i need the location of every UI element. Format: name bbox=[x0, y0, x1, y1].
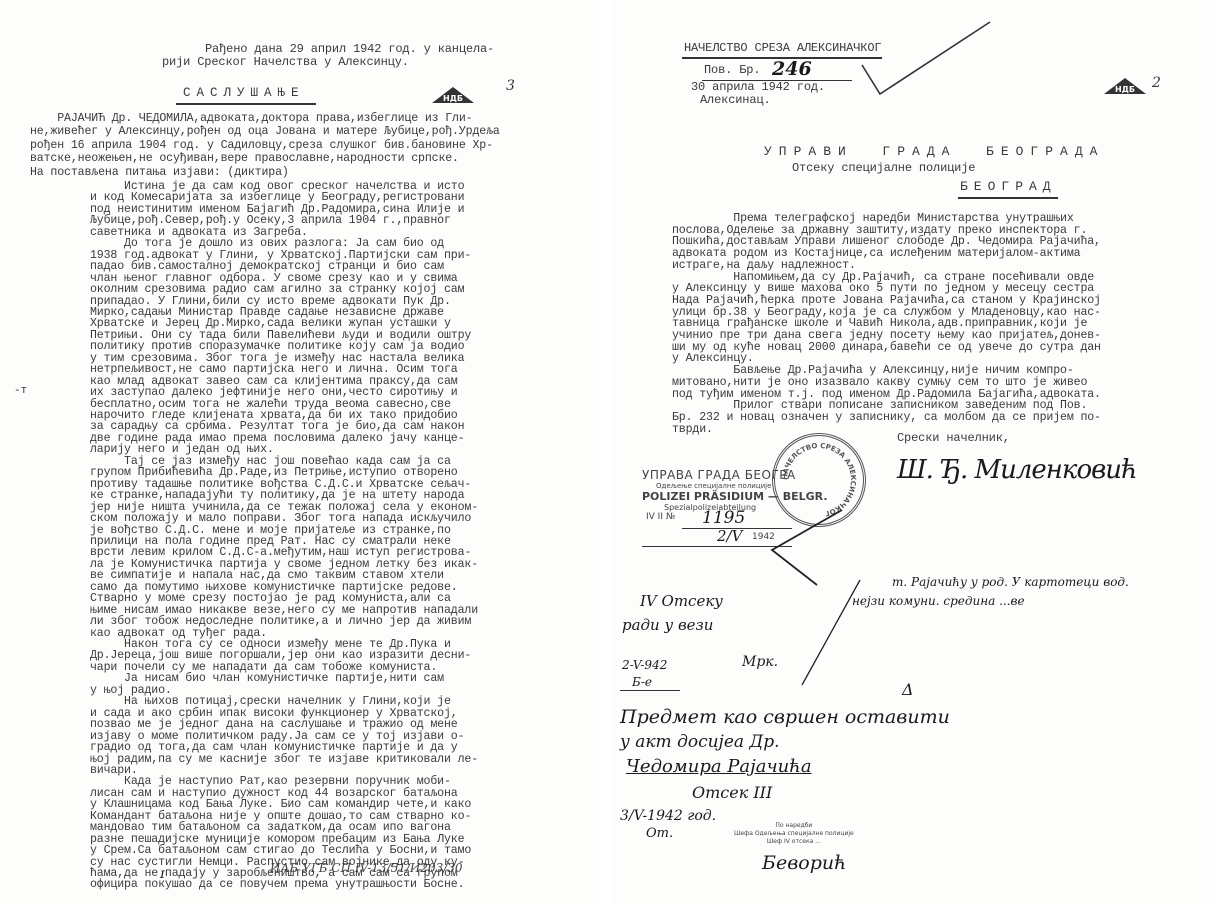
text-line: РАЈАЧИЋ Др. ЧЕДОМИЛА,адвоката,доктора пр… bbox=[30, 112, 472, 126]
handwritten-date-2: 3/V-1942 год. bbox=[620, 808, 716, 824]
handwritten-initials: Мрк. bbox=[742, 654, 778, 670]
page-number: 2 bbox=[1152, 75, 1161, 91]
recipient-city-underline bbox=[958, 197, 1058, 199]
right-page-cover-letter: НАЧЕЛСТВО СРЕЗА АЛЕКСИНАЧКОГ Пов. Бр. 24… bbox=[612, 0, 1215, 904]
text-line: ватске,неожењен,не осуђиван,вере правосл… bbox=[30, 152, 459, 166]
page-number: 3 bbox=[506, 78, 515, 94]
ref-label: Пов. Бр. bbox=[704, 64, 760, 78]
ndb-triangle-stamp-icon: НДБ bbox=[1102, 76, 1148, 96]
small-stamp-line-1: По наредби bbox=[734, 822, 854, 830]
ref-number: 246 bbox=[772, 58, 812, 80]
handwritten-note-left-1: IV Отсеку bbox=[640, 592, 723, 610]
margin-mark: -т bbox=[14, 385, 27, 399]
recipient-city: БЕОГРАД bbox=[960, 180, 1057, 194]
received-stamp-line-1: УПРАВА ГРАДА БЕОГРА bbox=[642, 468, 832, 482]
document-title: САСЛУШАЊЕ bbox=[183, 87, 305, 101]
recipient-line-2: Отсеку специјалне полиције bbox=[792, 162, 975, 176]
handwritten-rule bbox=[620, 690, 680, 691]
received-stamp-number: 1195 bbox=[702, 508, 745, 528]
handwritten-date-1-sub: Б-е bbox=[632, 675, 652, 689]
text-line: На постављена питања изјави: (диктира) bbox=[30, 166, 289, 180]
handwritten-note-top-2: нејзи комуни. срединa ...ве bbox=[852, 594, 1025, 608]
svg-text:НДБ: НДБ bbox=[443, 94, 463, 103]
check-mark-icon bbox=[852, 20, 992, 100]
handwritten-note-left-2: ради у вези bbox=[622, 616, 713, 634]
text-line: официра покушао да се повучем према унут… bbox=[90, 878, 464, 892]
title-underline bbox=[176, 103, 316, 105]
instruction-line-2: у акт досијеа Др. bbox=[620, 732, 780, 752]
received-stamp-number-prefix: IV II № bbox=[646, 512, 675, 522]
text-line: не,живећег у Алексинцу,рођен од оца Јова… bbox=[30, 125, 500, 139]
text-line: Бр. 232 и новац означен у записнику, са … bbox=[672, 411, 1101, 425]
small-order-stamp: По наредби Шефа Одељења специјалне полиц… bbox=[734, 822, 854, 846]
instruction-line-1: Предмет као свршен оставити bbox=[620, 706, 950, 728]
text-line: њој радим,па су ме касније због те изјав… bbox=[90, 753, 478, 767]
chief-signature: Ш. Ђ. Миленковић bbox=[897, 455, 1137, 485]
final-signature: Беворић bbox=[762, 852, 846, 874]
left-page-interrogation-record: Рађено дана 29 април 1942 год. у канцела… bbox=[0, 0, 600, 904]
handwritten-date-2-sub: От. bbox=[646, 826, 673, 841]
archive-signature: ИАБ УГБ СП IV-13/51/И203/30 bbox=[270, 861, 463, 875]
ndb-triangle-stamp-icon: НДБ bbox=[430, 85, 476, 105]
signatory-title: Срески начелник, bbox=[897, 432, 1010, 446]
recipient-line-1: УПРАВИ ГРАДА БЕОГРАДА bbox=[764, 145, 1104, 159]
handwritten-note-top-1: т. Рајачићу у род. У картотеци вод. bbox=[892, 575, 1129, 589]
header-line-2: рији Среског Начелства у Алексинцу. bbox=[162, 56, 409, 70]
handwritten-date-1: 2-V-942 bbox=[622, 658, 667, 672]
triangle-mark-icon: Δ bbox=[902, 680, 914, 699]
received-stamp-line-2: Одељење специјалне полиције bbox=[642, 482, 832, 490]
place-line: Алексинац. bbox=[700, 94, 771, 108]
svg-text:НДБ: НДБ bbox=[1115, 85, 1135, 94]
received-stamp-date: 2/V bbox=[717, 527, 742, 545]
office-ref-note: Отсек III bbox=[692, 783, 772, 802]
small-stamp-line-3: Шеф IV отсека ... bbox=[734, 838, 854, 846]
small-stamp-line-2: Шефа Одељења специјалне полиције bbox=[734, 830, 854, 838]
margin-scribble: ɪ bbox=[160, 866, 164, 882]
text-line: тврди. bbox=[672, 423, 713, 437]
instruction-line-3: Чедомира Рајачића bbox=[626, 756, 812, 777]
text-line: рођен 16 априла 1904 год. у Садиловцу,ср… bbox=[30, 139, 493, 153]
